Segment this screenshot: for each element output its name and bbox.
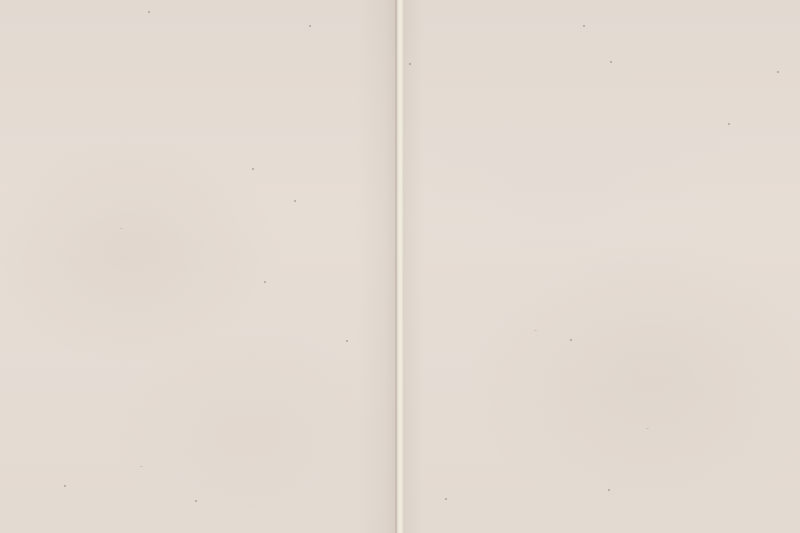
paper-speck (309, 25, 311, 27)
paper-left-half (0, 0, 397, 533)
paper-speck (148, 11, 150, 13)
paper-speck (445, 498, 447, 500)
paper-speck (777, 71, 779, 73)
paper-speck (646, 428, 649, 429)
paper-speck (728, 123, 730, 125)
paper-speck (140, 466, 143, 467)
paper-right-half (403, 0, 800, 533)
paper-speck (64, 485, 66, 487)
paper-speck (610, 61, 612, 63)
paper-speck (570, 339, 572, 341)
blank-paper-sheet (0, 0, 800, 533)
center-fold-crease (395, 0, 404, 533)
paper-speck (583, 25, 585, 27)
paper-speck (409, 63, 411, 65)
paper-speck (252, 168, 254, 170)
paper-speck (608, 489, 610, 491)
paper-speck (264, 281, 266, 283)
paper-speck (534, 330, 537, 331)
paper-speck (195, 500, 197, 502)
paper-speck (346, 340, 348, 342)
paper-speck (294, 200, 296, 202)
paper-speck (120, 228, 123, 229)
